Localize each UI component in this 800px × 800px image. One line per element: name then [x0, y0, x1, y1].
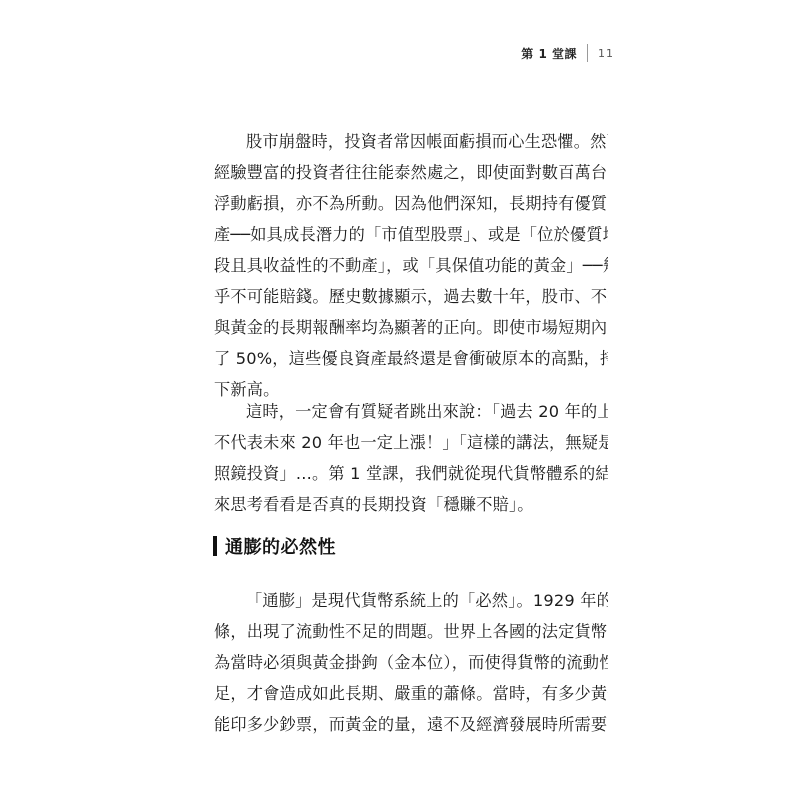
text-line: 來思考看看是否真的長期投資「穩賺不賠」。: [214, 489, 608, 520]
heading-bar-marker: [213, 536, 217, 556]
text-line: 產──如具成長潛力的「市值型股票」、或是「位於優質地: [214, 219, 608, 250]
text-line: 經驗豐富的投資者往往能泰然處之，即使面對數百萬台幣的: [214, 157, 608, 188]
paragraph-1: 股市崩盤時，投資者常因帳面虧損而心生恐懼。然而， 經驗豐富的投資者往往能泰然處之…: [214, 126, 608, 405]
text-line: 照鏡投資」...。第 1 堂課，我們就從現代貨幣體系的結構性，: [214, 458, 608, 489]
text-line: 這時，一定會有質疑者跳出來說：「過去 20 年的上漲，: [214, 396, 608, 427]
paragraph-2: 這時，一定會有質疑者跳出來說：「過去 20 年的上漲， 不代表未來 20 年也一…: [214, 396, 608, 520]
text-line: 段且具收益性的不動產」，或「具保值功能的黃金」──幾: [214, 250, 608, 281]
text-line: 條，出現了流動性不足的問題。世界上各國的法定貨幣，因: [214, 616, 608, 647]
text-line: 為當時必須與黃金掛鉤（金本位），而使得貨幣的流動性不: [214, 647, 608, 678]
text-line: 浮動虧損，亦不為所動。因為他們深知，長期持有優質資: [214, 188, 608, 219]
text-line: 乎不可能賠錢。歷史數據顯示，過去數十年，股市、不動產: [214, 281, 608, 312]
text-line: 股市崩盤時，投資者常因帳面虧損而心生恐懼。然而，: [214, 126, 608, 157]
running-header: 第 1 堂課 11: [521, 44, 614, 62]
header-divider: [587, 44, 588, 62]
section-heading: 通膨的必然性: [213, 533, 336, 559]
section-title: 通膨的必然性: [225, 533, 336, 559]
chapter-label: 第 1 堂課: [521, 45, 577, 62]
text-line: 足，才會造成如此長期、嚴重的蕭條。當時，有多少黃金才: [214, 678, 608, 709]
text-line: 「通膨」是現代貨幣系統上的「必然」。1929 年的大蕭: [214, 585, 608, 616]
text-line: 與黃金的長期報酬率均為顯著的正向。即使市場短期內重挫: [214, 312, 608, 343]
text-line: 不代表未來 20 年也一定上漲！」「這樣的講法，無疑是看後: [214, 427, 608, 458]
text-line: 能印多少鈔票，而黃金的量，遠不及經濟發展時所需要的流: [214, 709, 608, 740]
page-number: 11: [598, 47, 614, 60]
paragraph-3: 「通膨」是現代貨幣系統上的「必然」。1929 年的大蕭 條，出現了流動性不足的問…: [214, 585, 608, 740]
text-line: 了 50%，這些優良資產最終還是會衝破原本的高點，持續創: [214, 343, 608, 374]
